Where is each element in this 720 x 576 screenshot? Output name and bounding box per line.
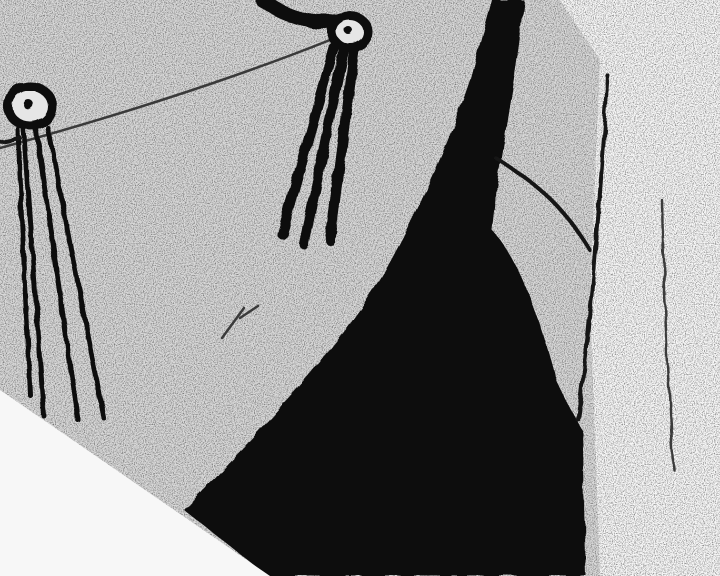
artifact-photo bbox=[0, 0, 720, 576]
artifact-drawing bbox=[0, 0, 720, 576]
